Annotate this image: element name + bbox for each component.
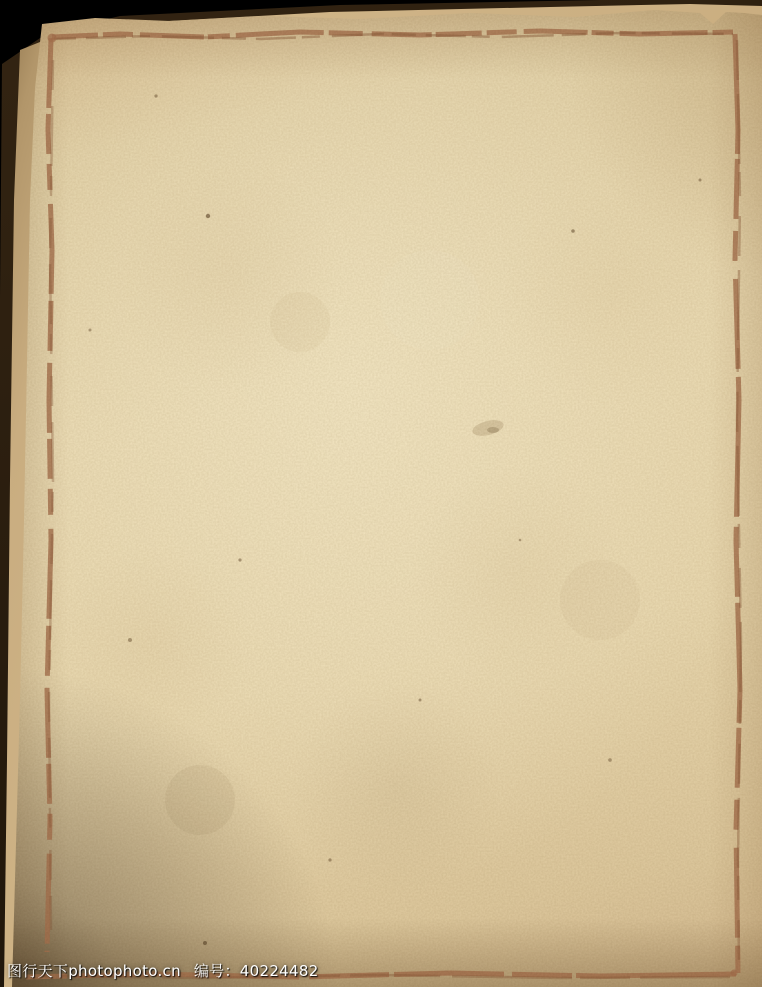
watermark-site-name: 图行天下photophoto.cn bbox=[7, 962, 181, 980]
watermark: 图行天下photophoto.cn编号：40224482 bbox=[7, 960, 319, 981]
vintage-paper-photo: 图行天下photophoto.cn编号：40224482 bbox=[0, 0, 762, 987]
top-paper-sheet bbox=[0, 0, 762, 987]
paper-grain-texture bbox=[0, 0, 762, 987]
paper-overlay-art bbox=[0, 0, 762, 987]
watermark-serial: 编号：40224482 bbox=[194, 962, 319, 980]
